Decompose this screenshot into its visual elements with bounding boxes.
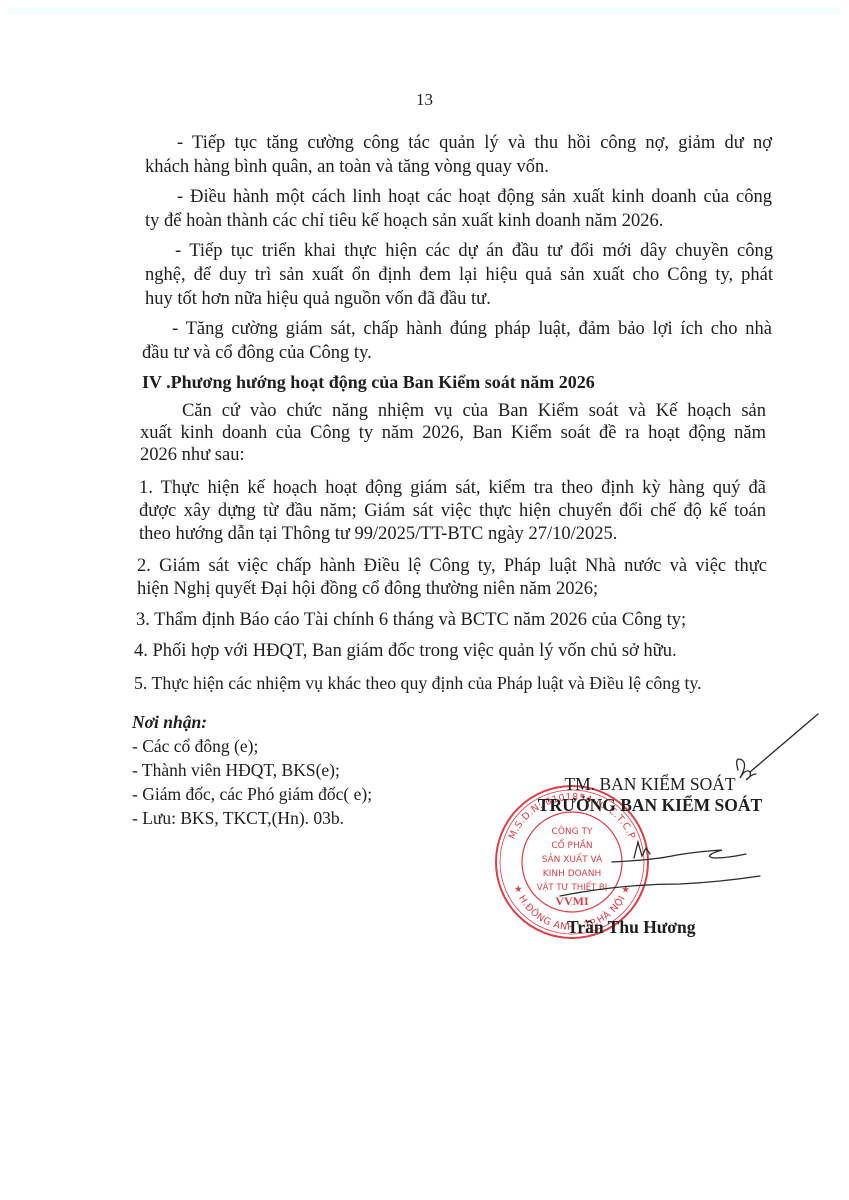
paragraph-line: - Tăng cường giám sát, chấp hành đúng ph…: [172, 318, 772, 340]
paragraph-line: khách hàng bình quân, an toàn và tăng vò…: [145, 156, 549, 178]
page-number: 13: [0, 90, 849, 110]
list-item-line: hiện Nghị quyết Đại hội đồng cổ đông thư…: [137, 578, 598, 600]
paragraph-line: huy tốt hơn nữa hiệu quả nguồn vốn đã đầ…: [145, 288, 491, 310]
signature-position: TRƯỞNG BAN KIỂM SOÁT: [520, 795, 780, 816]
paragraph-line: ty để hoàn thành các chỉ tiêu kế hoạch s…: [145, 210, 663, 232]
stamp-line: SẢN XUẤT VÀ: [542, 853, 603, 865]
section-intro-line: xuất kinh doanh của Công ty năm 2026, Ba…: [140, 422, 766, 444]
paragraph-line: - Tiếp tục triển khai thực hiện các dự á…: [175, 240, 773, 262]
recipient-item: - Thành viên HĐQT, BKS(e);: [132, 759, 340, 781]
stamp-line: KINH DOANH: [543, 869, 601, 879]
signature-block: TM. BAN KIỂM SOÁT TRƯỞNG BAN KIỂM SOÁT: [520, 774, 780, 816]
list-item-line: 4. Phối hợp với HĐQT, Ban giám đốc trong…: [134, 640, 677, 662]
list-item-line: theo hướng dẫn tại Thông tư 99/2025/TT-B…: [139, 523, 617, 545]
paragraph-line: đầu tư và cổ đông của Công ty.: [142, 342, 372, 364]
signer-name: Trần Thu Hương: [567, 916, 695, 938]
list-item-line: 2. Giám sát việc chấp hành Điều lệ Công …: [137, 555, 767, 577]
recipient-item: - Giám đốc, các Phó giám đốc( e);: [132, 783, 372, 805]
stamp-line: VẬT TƯ THIẾT BỊ: [537, 881, 607, 893]
recipient-item: - Các cổ đông (e);: [132, 735, 258, 757]
signature-on-behalf: TM. BAN KIỂM SOÁT: [520, 774, 780, 795]
stamp-line: CỔ PHẦN: [551, 838, 592, 851]
list-item-line: 3. Thẩm định Báo cáo Tài chính 6 tháng v…: [136, 609, 686, 631]
section-intro-line: Căn cứ vào chức năng nhiệm vụ của Ban Ki…: [182, 400, 766, 422]
handwritten-signature: [0, 0, 849, 1200]
stamp-brand: VVMI: [555, 894, 589, 908]
document-page: 13 - Tiếp tục tăng cường công tác quản l…: [0, 0, 849, 1200]
recipients-heading: Nơi nhận:: [132, 711, 207, 733]
section-intro-line: 2026 như sau:: [140, 444, 245, 466]
section-title: IV .Phương hướng hoạt động của Ban Kiểm …: [142, 371, 595, 393]
list-item-line: 1. Thực hiện kế hoạch hoạt động giám sát…: [139, 477, 766, 499]
list-item-line: được xây dựng từ đầu năm; Giám sát việc …: [139, 500, 766, 522]
paragraph-line: - Điều hành một cách linh hoạt các hoạt …: [177, 186, 772, 208]
paragraph-line: - Tiếp tục tăng cường công tác quản lý v…: [177, 132, 772, 154]
scan-edge-band: [8, 8, 840, 14]
list-item-line: 5. Thực hiện các nhiệm vụ khác theo quy …: [134, 672, 702, 694]
paragraph-line: nghệ, để duy trì sản xuất ổn định đem lạ…: [145, 264, 773, 286]
recipient-item: - Lưu: BKS, TKCT,(Hn). 03b.: [132, 807, 344, 829]
stamp-line: CÔNG TY: [552, 825, 593, 837]
